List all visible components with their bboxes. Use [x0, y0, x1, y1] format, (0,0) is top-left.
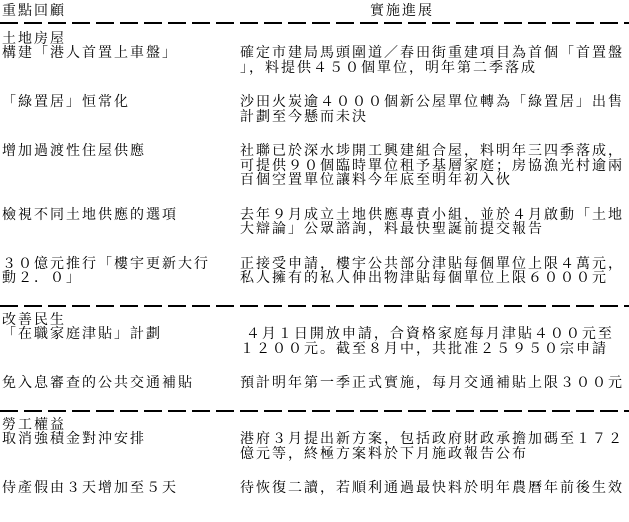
table-row: 增加過渡性住屋供應社聯已於深水埗開工興建組合屋，料明年三四季落成，可提供９０個臨… [0, 143, 629, 187]
table-row: 「綠置居」恒常化沙田火炭逾４０００個新公屋單位轉為「綠置居」出售計劃至今懸而未決 [0, 94, 629, 123]
row-item-label: 「在職家庭津貼」計劃 [2, 326, 224, 341]
row-item-label: 檢視不同土地供應的選項 [2, 207, 224, 222]
sections-container: 土地房屋構建「港人首置上車盤」確定市建局馬頭圍道／春田街重建項目為首個「首置盤」… [0, 31, 629, 495]
row-item-label: 免入息審查的公共交通補貼 [2, 375, 224, 390]
divider-dashed [0, 305, 629, 307]
row-progress-text: 港府３月提出新方案，包括政府財政承擔加碼至１７２億元等，終極方案料於下月施政報告… [240, 431, 629, 460]
row-item-label: 增加過渡性住屋供應 [2, 143, 224, 158]
row-progress-text: 去年９月成立土地供應專責小組，並於４月啟動「土地大辯論」公眾諮詢，料最快聖誕前提… [240, 207, 629, 236]
table-row: 侍產假由３天增加至５天待恢復二讀，若順利通過最快料於明年農曆年前後生效 [0, 480, 629, 495]
row-progress-text: 社聯已於深水埗開工興建組合屋，料明年三四季落成，可提供９０個臨時單位租予基層家庭… [240, 143, 629, 187]
row-progress-text: 預計明年第一季正式實施，每月交通補貼上限３００元 [240, 375, 629, 390]
table-row: ３０億元推行「樓宇更新大行動２．０」正接受申請，樓宇公共部分津貼每個單位上限４萬… [0, 256, 629, 285]
table-row: 「在職家庭津貼」計劃 ４月１日開放申請，合資格家庭每月津貼４００元至１２００元。… [0, 326, 629, 355]
row-progress-text: 待恢復二讀，若順利通過最快料於明年農曆年前後生效 [240, 480, 629, 495]
column-header-progress-cell: 實施進展 [240, 3, 629, 18]
row-item-label: 「綠置居」恒常化 [2, 94, 224, 109]
table-row: 構建「港人首置上車盤」確定市建局馬頭圍道／春田街重建項目為首個「首置盤」，料提供… [0, 45, 629, 74]
section-title: 勞工權益 [0, 417, 629, 432]
table-row: 取消強積金對沖安排港府３月提出新方案，包括政府財政承擔加碼至１７２億元等，終極方… [0, 431, 629, 460]
table-header: 重點回顧 實施進展 [0, 3, 629, 18]
row-item-label: 取消強積金對沖安排 [2, 431, 224, 446]
divider-dashed [0, 22, 629, 24]
table-row: 檢視不同土地供應的選項去年９月成立土地供應專責小組，並於４月啟動「土地大辯論」公… [0, 207, 629, 236]
progress-review-table: 重點回顧 實施進展 土地房屋構建「港人首置上車盤」確定市建局馬頭圍道／春田街重建… [0, 0, 629, 495]
column-header-review: 重點回顧 [2, 3, 224, 18]
row-progress-text: ４月１日開放申請，合資格家庭每月津貼４００元至１２００元。截至８月中，共批准２５… [240, 326, 629, 355]
section-title: 改善民生 [0, 312, 629, 327]
row-item-label: ３０億元推行「樓宇更新大行動２．０」 [2, 256, 224, 285]
divider-dashed [0, 410, 629, 412]
column-header-progress: 實施進展 [370, 3, 434, 18]
table-row: 免入息審查的公共交通補貼預計明年第一季正式實施，每月交通補貼上限３００元 [0, 375, 629, 390]
row-progress-text: 確定市建局馬頭圍道／春田街重建項目為首個「首置盤」，料提供４５０個單位，明年第二… [240, 45, 629, 74]
row-progress-text: 正接受申請，樓宇公共部分津貼每個單位上限４萬元，私人擁有的私人伸出物津貼每個單位… [240, 256, 629, 285]
row-item-label: 侍產假由３天增加至５天 [2, 480, 224, 495]
row-progress-text: 沙田火炭逾４０００個新公屋單位轉為「綠置居」出售計劃至今懸而未決 [240, 94, 629, 123]
row-item-label: 構建「港人首置上車盤」 [2, 45, 224, 60]
section-title: 土地房屋 [0, 31, 629, 46]
